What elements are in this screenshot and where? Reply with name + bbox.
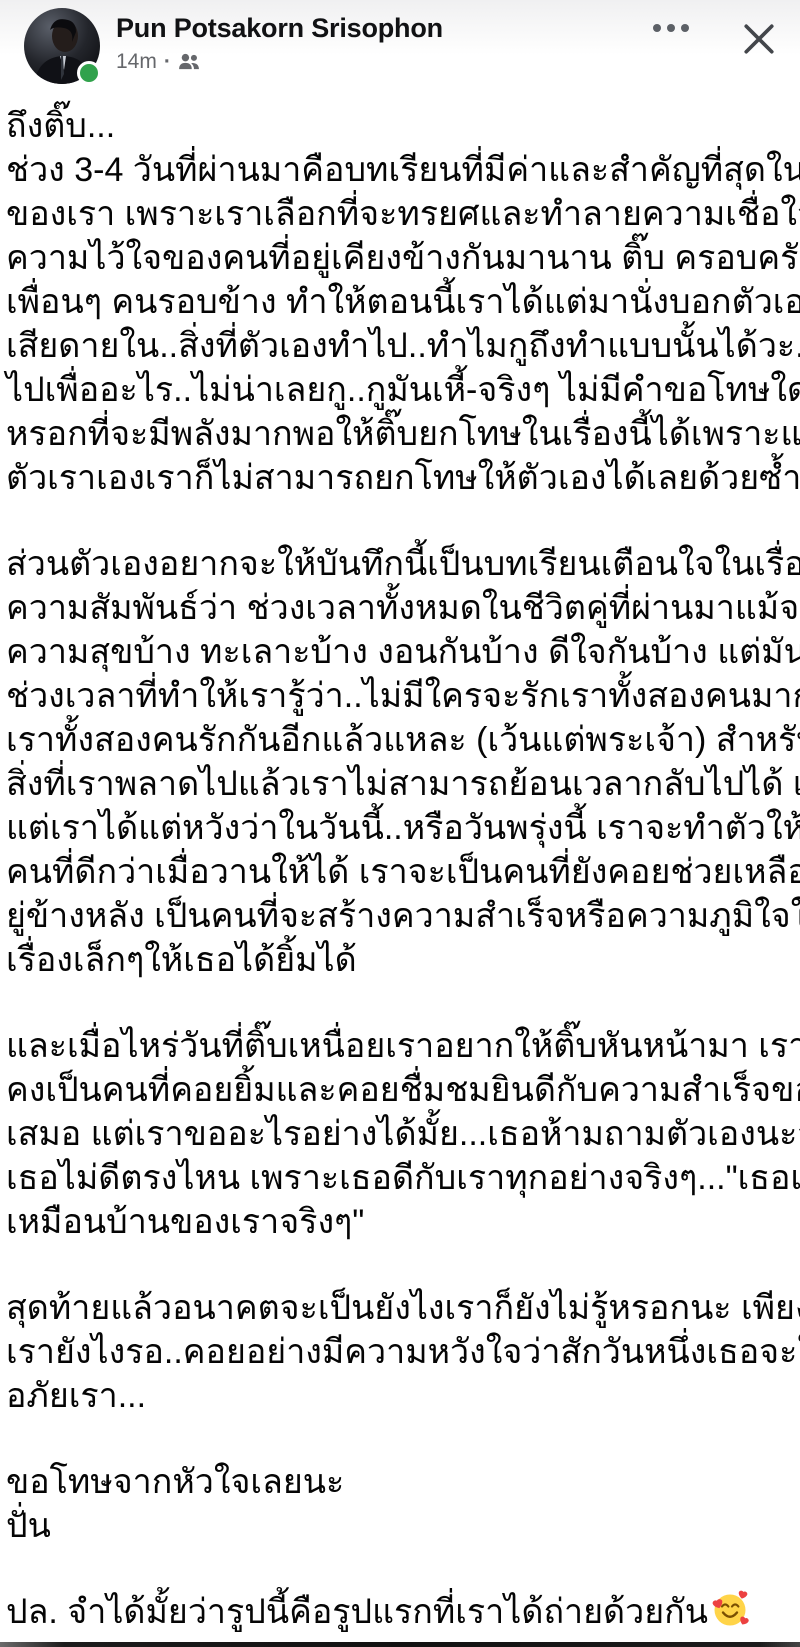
post-text-line: ช่วงเวลาที่ทำให้เรารู้ว่า..ไม่มีใครจะรัก… bbox=[6, 674, 790, 718]
post-text-line: เสียดายใน..สิ่งที่ตัวเองทำไป..ทำไมกูถึงท… bbox=[6, 324, 790, 368]
more-options-button[interactable] bbox=[648, 18, 694, 38]
close-icon bbox=[742, 22, 776, 56]
post-text-line: ปั่น bbox=[6, 1504, 790, 1548]
post-text-line: สุดท้ายแล้วอนาคตจะเป็นยังไงเราก็ยังไม่รู… bbox=[6, 1286, 790, 1330]
post-paragraph: ปล. จำได้มั้ยว่ารูปนี้คือรูปแรกที่เราได้… bbox=[6, 1590, 790, 1634]
smiling-face-with-hearts-emoji bbox=[710, 1590, 750, 1630]
post-text-line: ความสัมพันธ์ว่า ช่วงเวลาทั้งหมดในชีวิตคู… bbox=[6, 586, 790, 630]
post-text-line: เธอไม่ดีตรงไหน เพราะเธอดีกับเราทุกอย่างจ… bbox=[6, 1156, 790, 1200]
post-paragraph: ถึงติ๊บ...ช่วง 3-4 วันที่ผ่านมาคือบทเรีย… bbox=[6, 104, 790, 500]
post-text-line: ความสุขบ้าง ทะเลาะบ้าง งอนกันบ้าง ดีใจกั… bbox=[6, 630, 790, 674]
facebook-post-view: Pun Potsakorn Srisophon 14m · bbox=[0, 0, 800, 1647]
close-button[interactable] bbox=[738, 18, 780, 60]
post-paragraph: ส่วนตัวเองอยากจะให้บันทึกนี้เป็นบทเรียนเ… bbox=[6, 542, 790, 982]
post-text-line: แต่เราได้แต่หวังว่าในวันนี้..หรือวันพรุ่… bbox=[6, 806, 790, 850]
post-text-line: และเมื่อไหร่วันที่ติ๊บเหนื่อยเราอยากให้ต… bbox=[6, 1024, 790, 1068]
post-text-line: ช่วง 3-4 วันที่ผ่านมาคือบทเรียนที่มีค่าแ… bbox=[6, 148, 790, 192]
post-header: Pun Potsakorn Srisophon 14m · bbox=[0, 0, 800, 96]
post-text-line: ความไว้ใจของคนที่อยู่เคียงข้างกันมานาน ต… bbox=[6, 236, 790, 280]
header-actions bbox=[648, 8, 780, 60]
more-options-icon bbox=[652, 22, 690, 34]
post-text-line: คงเป็นคนที่คอยยิ้มและคอยชื่มชมยินดีกับคว… bbox=[6, 1068, 790, 1112]
post-meta: 14m · bbox=[116, 50, 648, 74]
post-text-line: ของเรา เพราะเราเลือกที่จะทรยศและทำลายควา… bbox=[6, 192, 790, 236]
post-text-line: เหมือนบ้านของเราจริงๆ" bbox=[6, 1200, 790, 1244]
post-text-line: เราทั้งสองคนรักกันอีกแล้วแหละ (เว้นแต่พร… bbox=[6, 718, 790, 762]
online-status-dot bbox=[77, 61, 101, 85]
post-text-line: หรอกที่จะมีพลังมากพอให้ติ๊บยกโทษในเรื่อง… bbox=[6, 412, 790, 456]
header-text: Pun Potsakorn Srisophon 14m · bbox=[100, 8, 648, 74]
friends-icon bbox=[178, 51, 200, 73]
post-text-line: เพื่อนๆ คนรอบข้าง ทำให้ตอนนี้เราได้แต่มา… bbox=[6, 280, 790, 324]
post-text-line: เสมอ แต่เราขออะไรอย่างได้มั้ย...เธอห้ามถ… bbox=[6, 1112, 790, 1156]
post-paragraph: ขอโทษจากหัวใจเลยนะปั่น bbox=[6, 1460, 790, 1548]
post-paragraph: และเมื่อไหร่วันที่ติ๊บเหนื่อยเราอยากให้ต… bbox=[6, 1024, 790, 1244]
post-text-line: ยู่ข้างหลัง เป็นคนที่จะสร้างความสำเร็จหร… bbox=[6, 894, 790, 938]
post-paragraph: สุดท้ายแล้วอนาคตจะเป็นยังไงเราก็ยังไม่รู… bbox=[6, 1286, 790, 1418]
post-text-line: เรายังไงรอ..คอยอย่างมีความหวังใจว่าสักวั… bbox=[6, 1330, 790, 1374]
post-text-line: ถึงติ๊บ... bbox=[6, 104, 790, 148]
post-text-line: ขอโทษจากหัวใจเลยนะ bbox=[6, 1460, 790, 1504]
meta-separator: · bbox=[164, 50, 171, 74]
timestamp: 14m bbox=[116, 50, 157, 74]
profile-name[interactable]: Pun Potsakorn Srisophon bbox=[116, 12, 648, 44]
post-text-line: ปล. จำได้มั้ยว่ารูปนี้คือรูปแรกที่เราได้… bbox=[6, 1590, 790, 1634]
post-text-line: ไปเพื่ออะไร..ไม่น่าเลยกู..กูมันเหี้-จริง… bbox=[6, 368, 790, 412]
post-text-line: คนที่ดีกว่าเมื่อวานให้ได้ เราจะเป็นคนที่… bbox=[6, 850, 790, 894]
post-body: ถึงติ๊บ...ช่วง 3-4 วันที่ผ่านมาคือบทเรีย… bbox=[0, 96, 800, 1634]
attached-photo-top-edge[interactable] bbox=[0, 1642, 800, 1647]
post-text-line: เรื่องเล็กๆให้เธอได้ยิ้มได้ bbox=[6, 938, 790, 982]
post-text-line: ตัวเราเองเราก็ไม่สามารถยกโทษให้ตัวเองได้… bbox=[6, 456, 790, 500]
avatar[interactable] bbox=[24, 8, 100, 84]
post-text-line: สิ่งที่เราพลาดไปแล้วเราไม่สามารถย้อนเวลา… bbox=[6, 762, 790, 806]
post-text-line: อภัยเรา... bbox=[6, 1374, 790, 1418]
post-text-line: ส่วนตัวเองอยากจะให้บันทึกนี้เป็นบทเรียนเ… bbox=[6, 542, 790, 586]
